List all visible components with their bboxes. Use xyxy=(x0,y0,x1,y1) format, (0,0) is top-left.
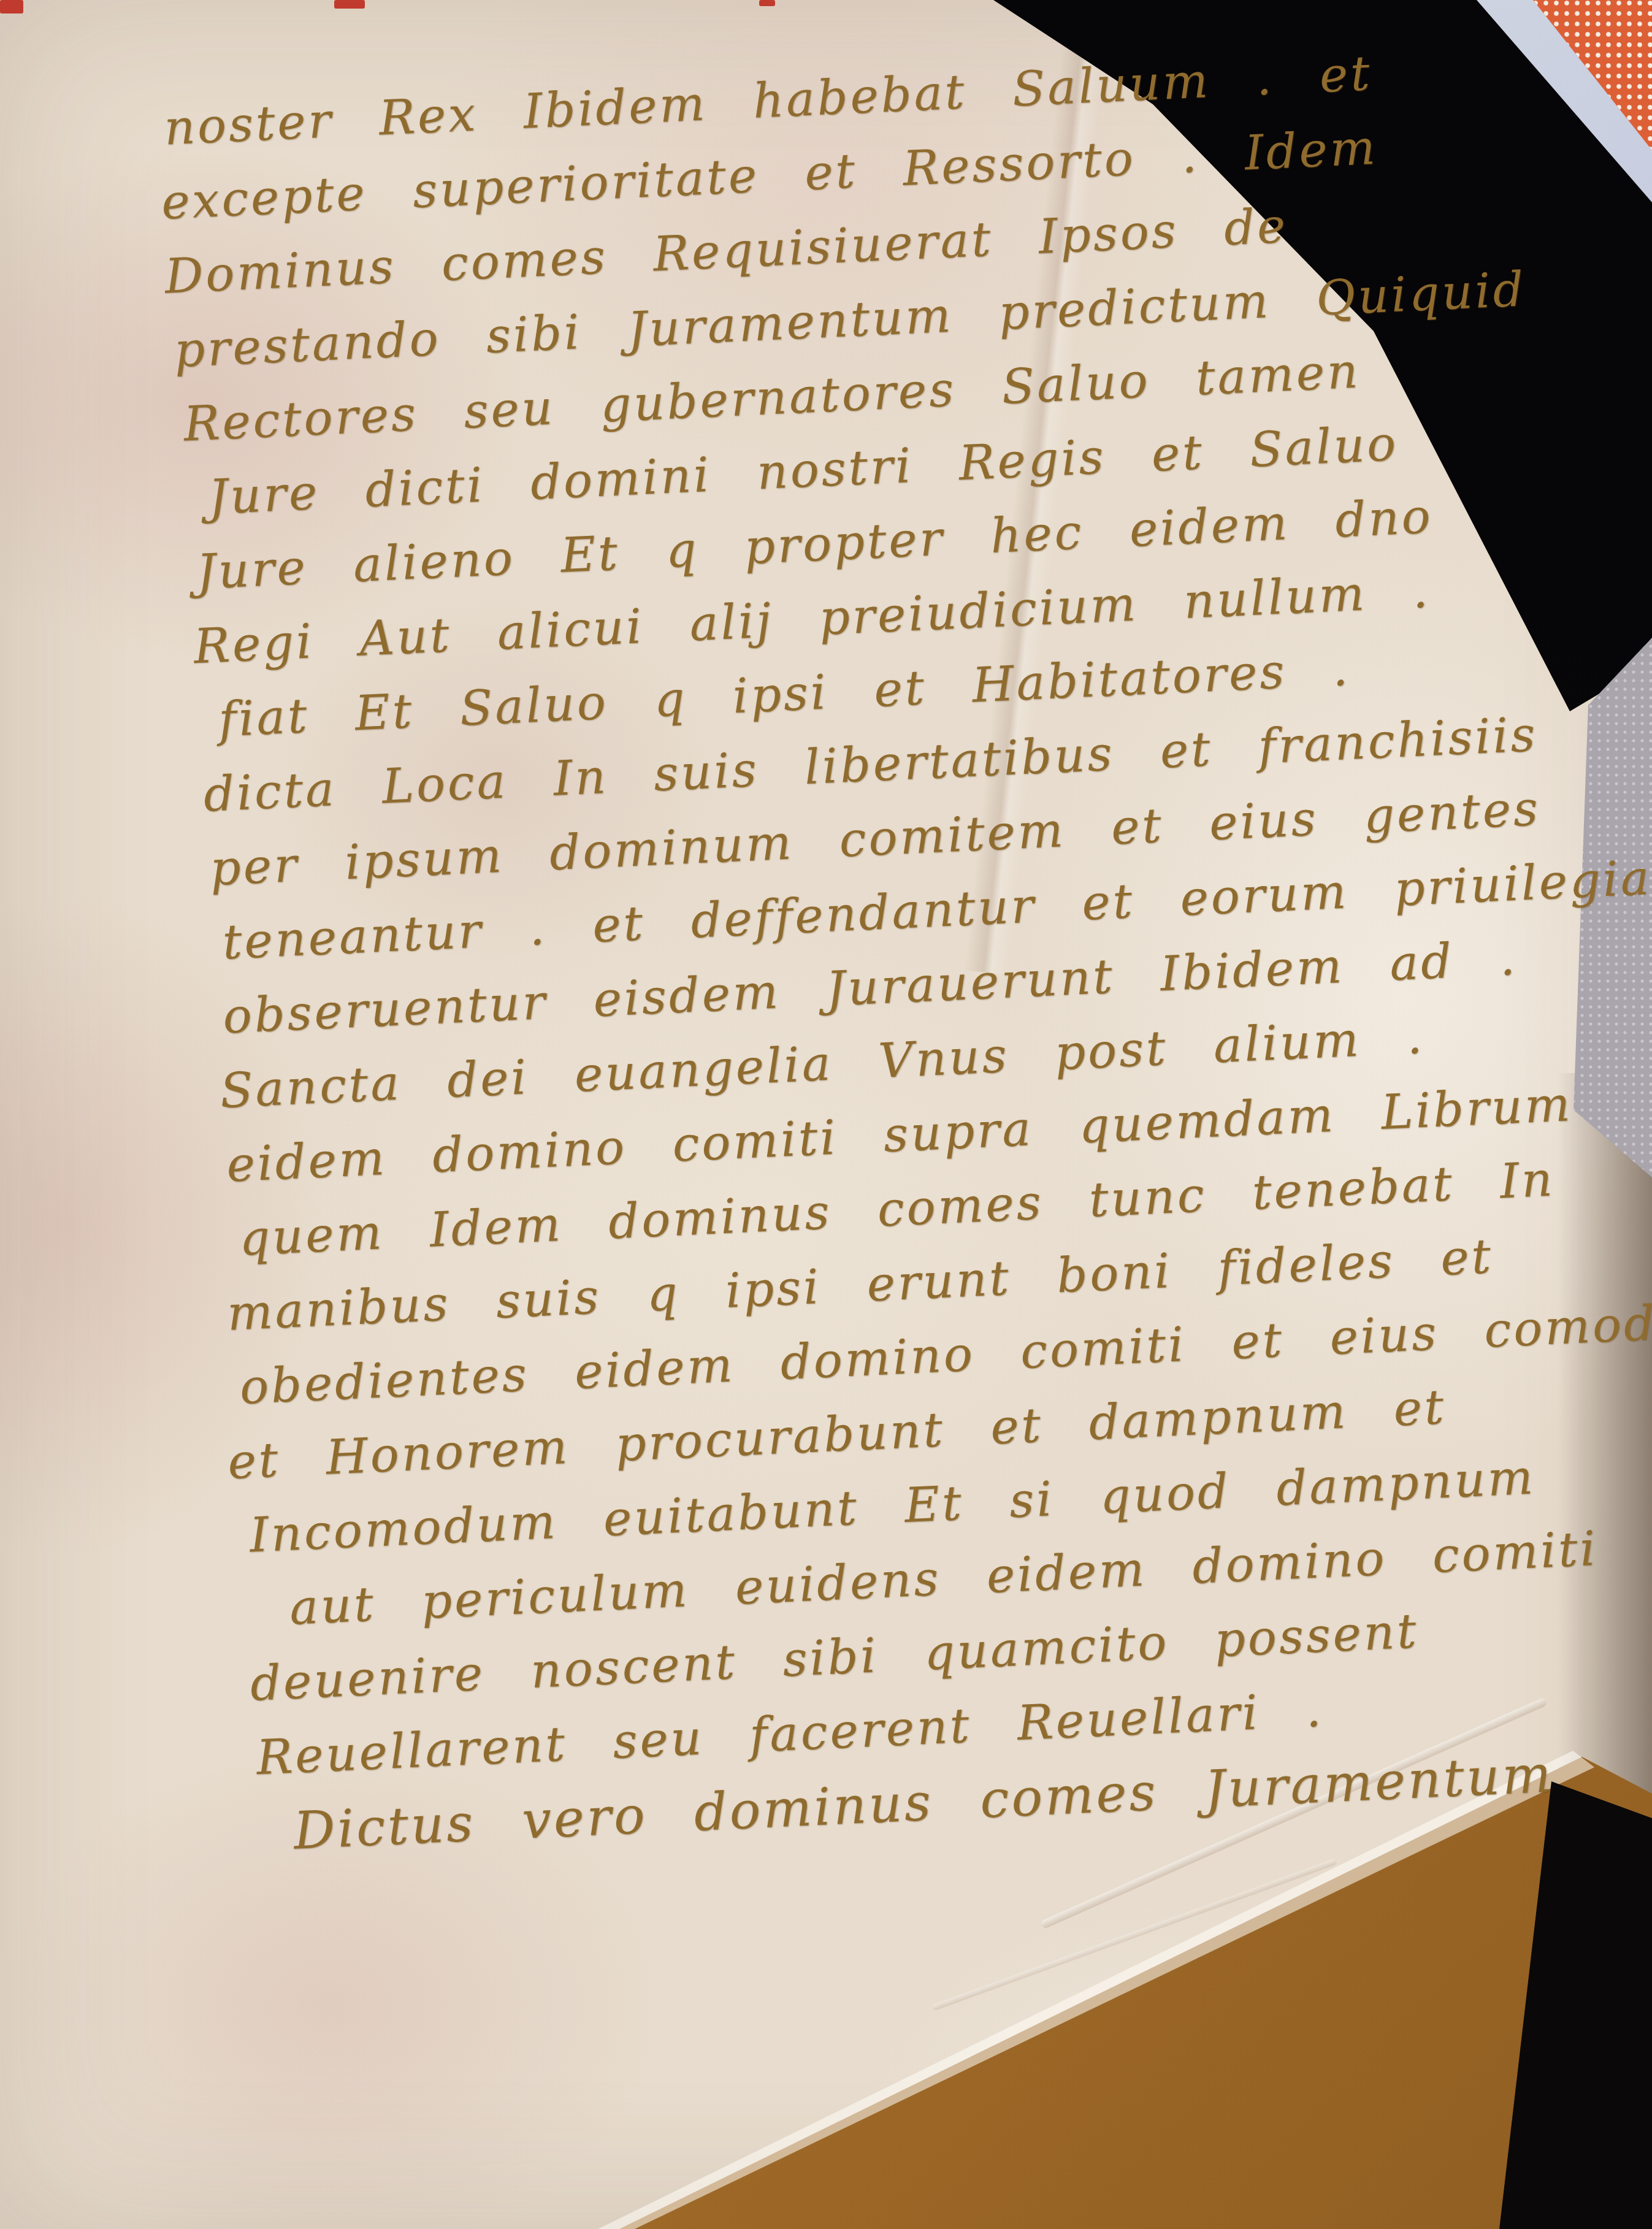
manuscript-photo: noster Rex Ibidem habebat Saluum . et ex… xyxy=(0,0,1652,2229)
red-fabric-speck xyxy=(334,0,365,9)
manuscript-text: noster Rex Ibidem habebat Saluum . et ex… xyxy=(156,27,1652,1871)
red-fabric-speck xyxy=(759,0,775,6)
red-fabric-speck xyxy=(0,0,23,13)
